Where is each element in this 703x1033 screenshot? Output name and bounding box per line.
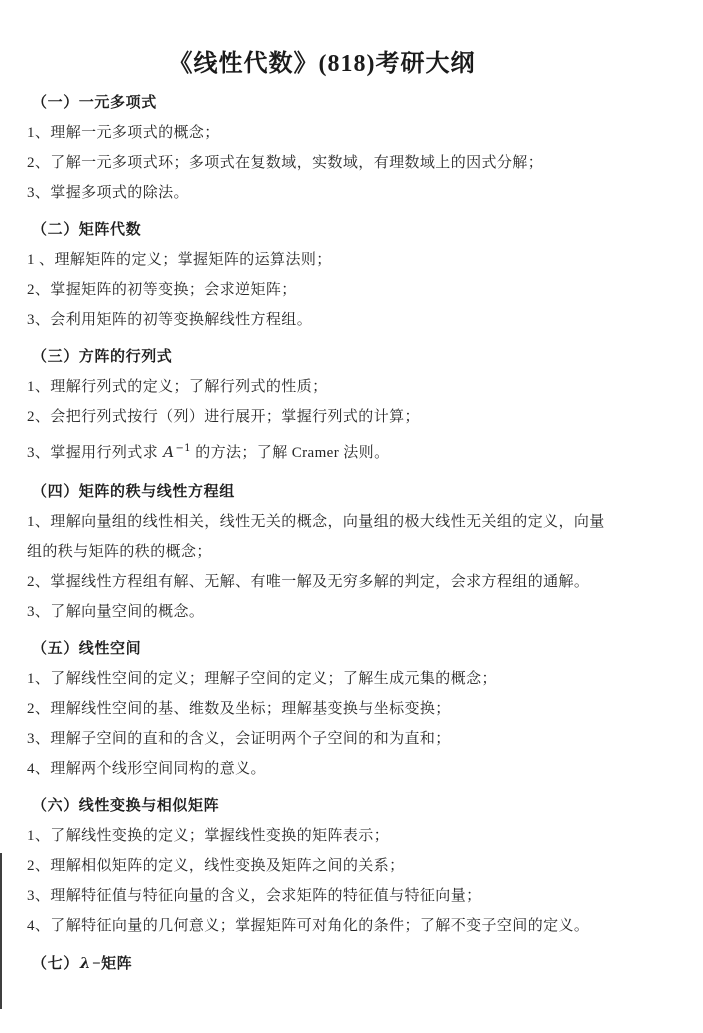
outline-item: 1 、理解矩阵的定义；掌握矩阵的运算法则；: [27, 245, 617, 275]
outline-item: 2、掌握矩阵的初等变换；会求逆矩阵；: [27, 275, 617, 305]
text-run: 1 、理解矩阵的定义；掌握矩阵的运算法则；: [27, 252, 332, 268]
outline-item: 4、了解特征向量的几何意义；掌握矩阵可对角化的条件；了解不变子空间的定义。: [27, 911, 617, 941]
text-run: 3、掌握多项式的除法。: [27, 185, 189, 201]
text-run: 3、了解向量空间的概念。: [27, 604, 204, 620]
text-run: 1、了解线性空间的定义；理解子空间的定义；了解生成元集的概念；: [27, 671, 497, 687]
text-run: （六）线性变换与相似矩阵: [32, 798, 219, 814]
section-heading: （六）线性变换与相似矩阵: [32, 791, 617, 821]
text-run: 2、理解相似矩阵的定义，线性变换及矩阵之间的关系；: [27, 858, 405, 874]
text-run: 2、了解一元多项式环；多项式在复数域，实数域，有理数域上的因式分解；: [27, 155, 543, 171]
outline-section: （一）一元多项式1、理解一元多项式的概念；2、了解一元多项式环；多项式在复数域，…: [27, 88, 617, 208]
text-run: （四）矩阵的秩与线性方程组: [32, 484, 235, 500]
outline-section: （七）λ−矩阵: [27, 948, 617, 979]
outline-item: 3、掌握用行列式求 A−1 的方法；了解 Cramer 法则。: [27, 435, 617, 470]
outline-item: 2、了解一元多项式环；多项式在复数域，实数域，有理数域上的因式分解；: [27, 148, 617, 178]
section-heading: （一）一元多项式: [32, 88, 617, 118]
math-superscript: −1: [176, 443, 192, 454]
section-heading: （二）矩阵代数: [32, 215, 617, 245]
outline-item: 3、理解特征值与特征向量的含义，会求矩阵的特征值与特征向量；: [27, 881, 617, 911]
outline-item: 2、掌握线性方程组有解、无解、有唯一解及无穷多解的判定，会求方程组的通解。: [27, 567, 617, 597]
section-heading: （四）矩阵的秩与线性方程组: [32, 477, 617, 507]
math-symbol: λ: [79, 954, 92, 972]
text-run: 1、理解向量组的线性相关，线性无关的概念，向量组的极大线性无关组的定义，向量组的…: [27, 514, 605, 560]
outline-section: （五）线性空间1、了解线性空间的定义；理解子空间的定义；了解生成元集的概念；2、…: [27, 634, 617, 784]
text-run: 3、理解特征值与特征向量的含义，会求矩阵的特征值与特征向量；: [27, 888, 482, 904]
text-run: 3、理解子空间的直和的含义，会证明两个子空间的和为直和；: [27, 731, 451, 747]
text-run: （七）: [32, 956, 79, 972]
text-run: （五）线性空间: [32, 641, 141, 657]
text-run: （一）一元多项式: [32, 95, 157, 111]
text-run: 3、会利用矩阵的初等变换解线性方程组。: [27, 312, 312, 328]
outline-item: 2、理解相似矩阵的定义，线性变换及矩阵之间的关系；: [27, 851, 617, 881]
text-run: 3、掌握用行列式求: [27, 445, 162, 461]
outline-item: 1、理解向量组的线性相关，线性无关的概念，向量组的极大线性无关组的定义，向量组的…: [27, 507, 617, 567]
outline-item: 1、理解一元多项式的概念；: [27, 118, 617, 148]
text-run: 2、掌握矩阵的初等变换；会求逆矩阵；: [27, 282, 297, 298]
outline-section: （三）方阵的行列式1、理解行列式的定义；了解行列式的性质；2、会把行列式按行（列…: [27, 342, 617, 470]
outline-item: 3、掌握多项式的除法。: [27, 178, 617, 208]
section-heading: （五）线性空间: [32, 634, 617, 664]
outline-section: （四）矩阵的秩与线性方程组1、理解向量组的线性相关，线性无关的概念，向量组的极大…: [27, 477, 617, 627]
document-title: 《线性代数》(818)考研大纲: [27, 46, 617, 82]
math-symbol: A: [162, 443, 175, 461]
outline-item: 1、了解线性空间的定义；理解子空间的定义；了解生成元集的概念；: [27, 664, 617, 694]
text-run: 1、了解线性变换的定义；掌握线性变换的矩阵表示；: [27, 828, 389, 844]
document-page: 《线性代数》(818)考研大纲 （一）一元多项式1、理解一元多项式的概念；2、了…: [0, 0, 703, 1033]
text-run: 2、理解线性空间的基、维数及坐标；理解基变换与坐标变换；: [27, 701, 451, 717]
text-run: 2、掌握线性方程组有解、无解、有唯一解及无穷多解的判定，会求方程组的通解。: [27, 574, 589, 590]
outline-section: （六）线性变换与相似矩阵1、了解线性变换的定义；掌握线性变换的矩阵表示；2、理解…: [27, 791, 617, 941]
outline-item: 4、理解两个线形空间同构的意义。: [27, 754, 617, 784]
outline-item: 1、理解行列式的定义；了解行列式的性质；: [27, 372, 617, 402]
text-run: 1、理解行列式的定义；了解行列式的性质；: [27, 379, 328, 395]
outline-item: 3、了解向量空间的概念。: [27, 597, 617, 627]
text-run: （三）方阵的行列式: [32, 349, 172, 365]
outline-section: （二）矩阵代数1 、理解矩阵的定义；掌握矩阵的运算法则；2、掌握矩阵的初等变换；…: [27, 215, 617, 335]
document-body: （一）一元多项式1、理解一元多项式的概念；2、了解一元多项式环；多项式在复数域，…: [27, 88, 617, 979]
text-run: （二）矩阵代数: [32, 222, 141, 238]
outline-item: 3、会利用矩阵的初等变换解线性方程组。: [27, 305, 617, 335]
text-run: 4、理解两个线形空间同构的意义。: [27, 761, 266, 777]
text-run: 4、了解特征向量的几何意义；掌握矩阵可对角化的条件；了解不变子空间的定义。: [27, 918, 589, 934]
text-run: 2、会把行列式按行（列）进行展开；掌握行列式的计算；: [27, 409, 420, 425]
outline-item: 3、理解子空间的直和的含义，会证明两个子空间的和为直和；: [27, 724, 617, 754]
text-run: 1、理解一元多项式的概念；: [27, 125, 220, 141]
section-heading: （三）方阵的行列式: [32, 342, 617, 372]
scan-artifact-line: [0, 853, 2, 1009]
section-heading: （七）λ−矩阵: [32, 948, 617, 979]
outline-item: 1、了解线性变换的定义；掌握线性变换的矩阵表示；: [27, 821, 617, 851]
outline-item: 2、理解线性空间的基、维数及坐标；理解基变换与坐标变换；: [27, 694, 617, 724]
text-run: 的方法；了解 Cramer 法则。: [191, 445, 389, 461]
outline-item: 2、会把行列式按行（列）进行展开；掌握行列式的计算；: [27, 402, 617, 432]
text-run: −矩阵: [92, 956, 132, 972]
